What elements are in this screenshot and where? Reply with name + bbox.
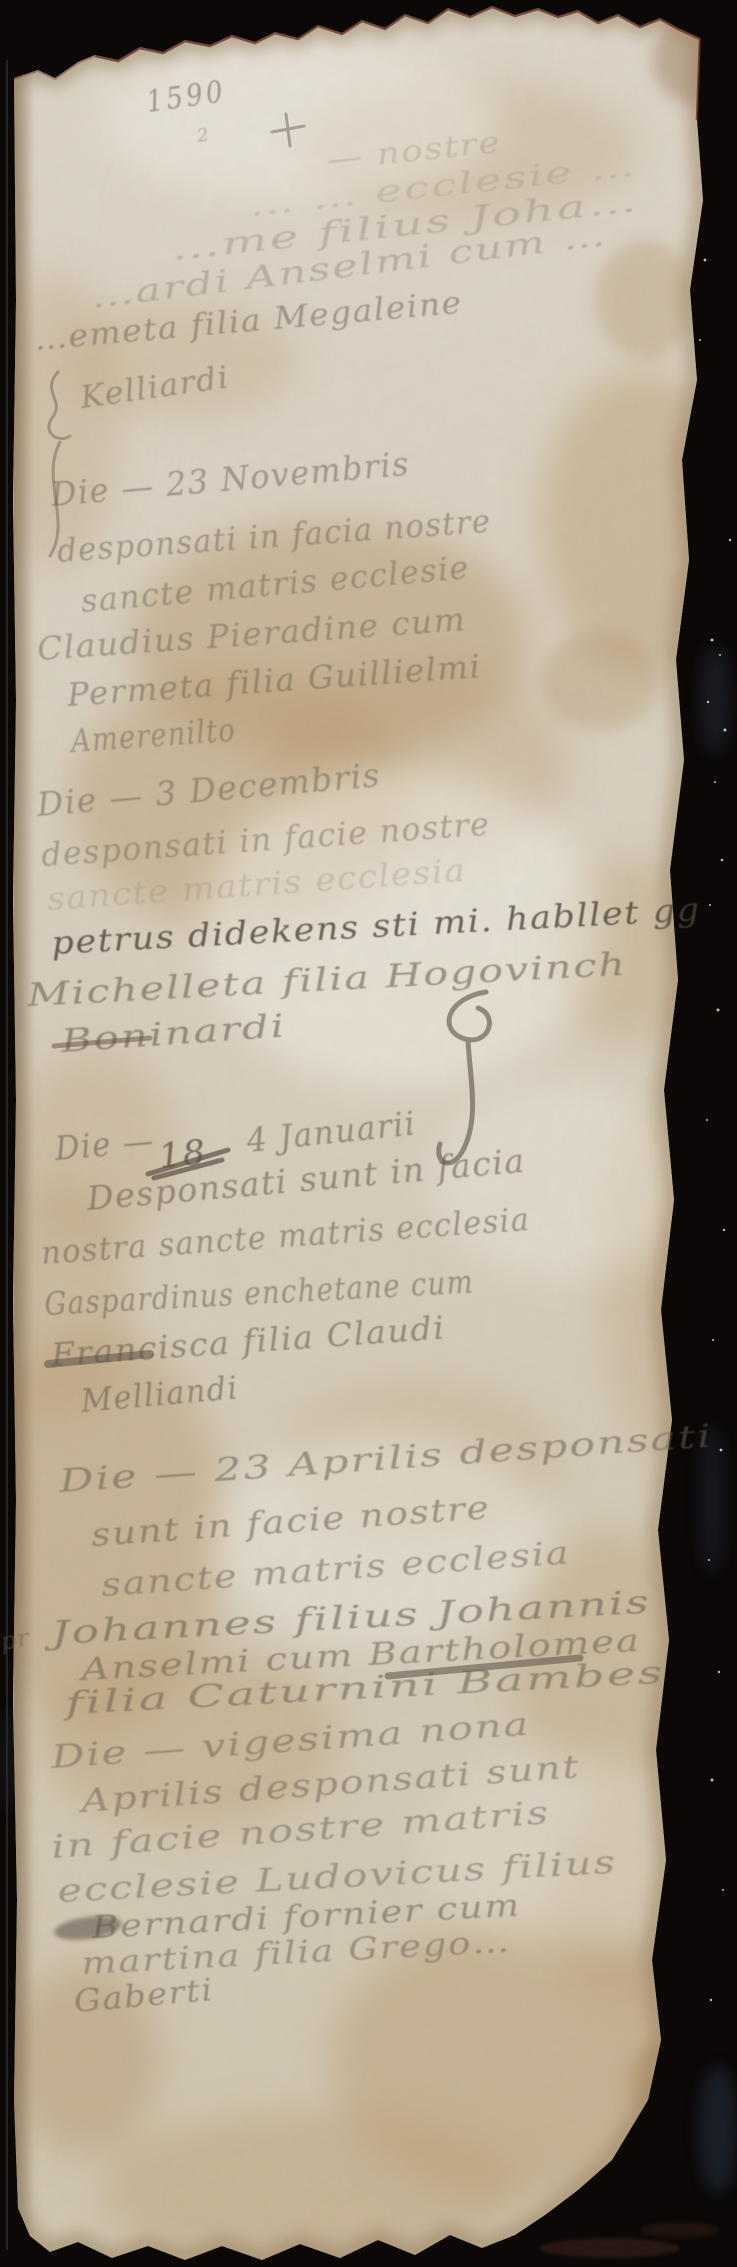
marginal-note: pr <box>0 1623 32 1656</box>
year-mark: 2 <box>195 124 212 147</box>
manuscript-svg: 1590 2 — nostre … … ecclesie … …me filiu… <box>0 0 737 2267</box>
manuscript-photo: 1590 2 — nostre … … ecclesie … …me filiu… <box>0 0 737 2267</box>
